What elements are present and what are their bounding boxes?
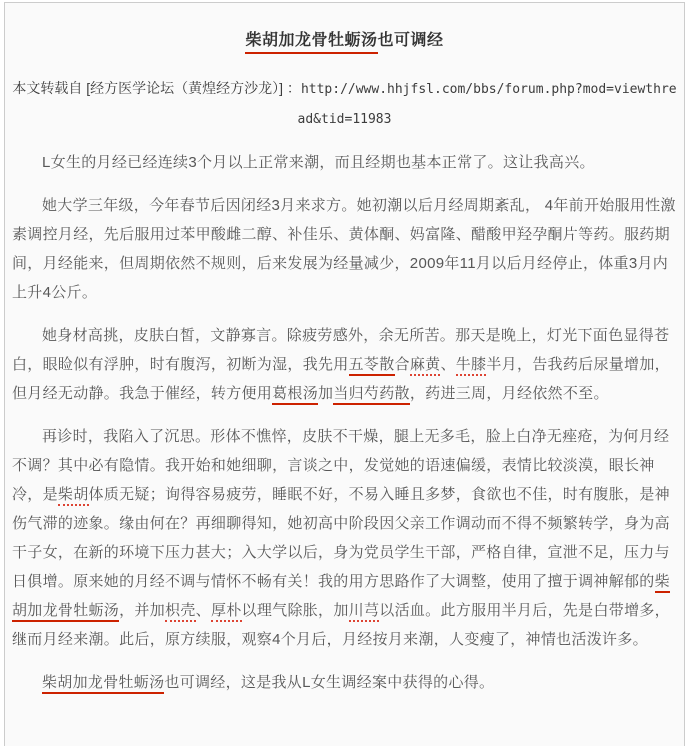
- paragraph: 再诊时，我陷入了沉思。形体不憔悴，皮肤不干燥，腿上无多毛，脸上白净无痤疮，为何月…: [12, 422, 677, 654]
- term-link[interactable]: 枳壳: [165, 602, 196, 622]
- text-segment: 、: [440, 356, 455, 373]
- paragraph: 她大学三年级，今年春节后因闭经3月来求方。她初潮以后月经周期紊乱， 4年前开始服…: [12, 191, 677, 307]
- text-segment: 以理气除胀，加: [242, 602, 349, 619]
- text-segment: 也可调经: [378, 32, 444, 49]
- article-body: L女生的月经已经连续3个月以上正常来潮，而且经期也基本正常了。这让我高兴。 她大…: [12, 148, 677, 697]
- source-prefix: 本文转载自 [经方医学论坛（黄煌经方沙龙）] ：: [12, 80, 301, 96]
- source-line: 本文转载自 [经方医学论坛（黄煌经方沙龙）] ：http://www.hhjfs…: [12, 74, 677, 134]
- term-link[interactable]: 麻黄: [410, 356, 441, 376]
- term-link[interactable]: 当归芍药散: [333, 385, 410, 405]
- term-link[interactable]: 厚朴: [211, 602, 242, 622]
- text-segment: ，药进三周，月经依然不至。: [410, 385, 609, 402]
- source-url: http://www.hhjfsl.com/bbs/forum.php?mod=…: [298, 82, 677, 127]
- page-title: 柴胡加龙骨牡蛎汤也可调经: [12, 27, 677, 50]
- term-link[interactable]: 柴胡: [58, 486, 89, 506]
- text-segment: 加: [318, 385, 333, 402]
- article: 柴胡加龙骨牡蛎汤也可调经 本文转载自 [经方医学论坛（黄煌经方沙龙）] ：htt…: [4, 2, 685, 746]
- paragraph: L女生的月经已经连续3个月以上正常来潮，而且经期也基本正常了。这让我高兴。: [12, 148, 677, 177]
- term-link[interactable]: 柴胡加龙骨牡蛎汤: [245, 32, 377, 54]
- paragraph: 她身材高挑，皮肤白皙，文静寡言。除疲劳感外，余无所苦。那天是晚上，灯光下面色显得…: [12, 321, 677, 408]
- paragraph: 柴胡加龙骨牡蛎汤也可调经，这是我从L女生调经案中获得的心得。: [12, 668, 677, 697]
- text-segment: 合: [395, 356, 410, 373]
- term-link[interactable]: 葛根汤: [272, 385, 318, 405]
- text-segment: 她大学三年级，今年春节后因闭经3月来求方。她初潮以后月经周期紊乱， 4年前开始服…: [12, 197, 676, 301]
- text-segment: 也可调经，这是我从L女生调经案中获得的心得。: [164, 674, 494, 691]
- text-segment: ，并加: [119, 602, 165, 619]
- term-link[interactable]: 牛膝: [456, 356, 487, 376]
- text-segment: L女生的月经已经连续3个月以上正常来潮，而且经期也基本正常了。这让我高兴。: [42, 154, 595, 171]
- text-segment: 、: [196, 602, 211, 619]
- term-link[interactable]: 五苓散: [349, 356, 395, 376]
- term-link[interactable]: 川芎: [349, 602, 380, 622]
- text-segment: 体质无疑；询得容易疲劳，睡眠不好，不易入睡且多梦，食欲也不佳，时有腹胀，是神伤气…: [12, 486, 670, 590]
- term-link[interactable]: 柴胡加龙骨牡蛎汤: [42, 674, 164, 694]
